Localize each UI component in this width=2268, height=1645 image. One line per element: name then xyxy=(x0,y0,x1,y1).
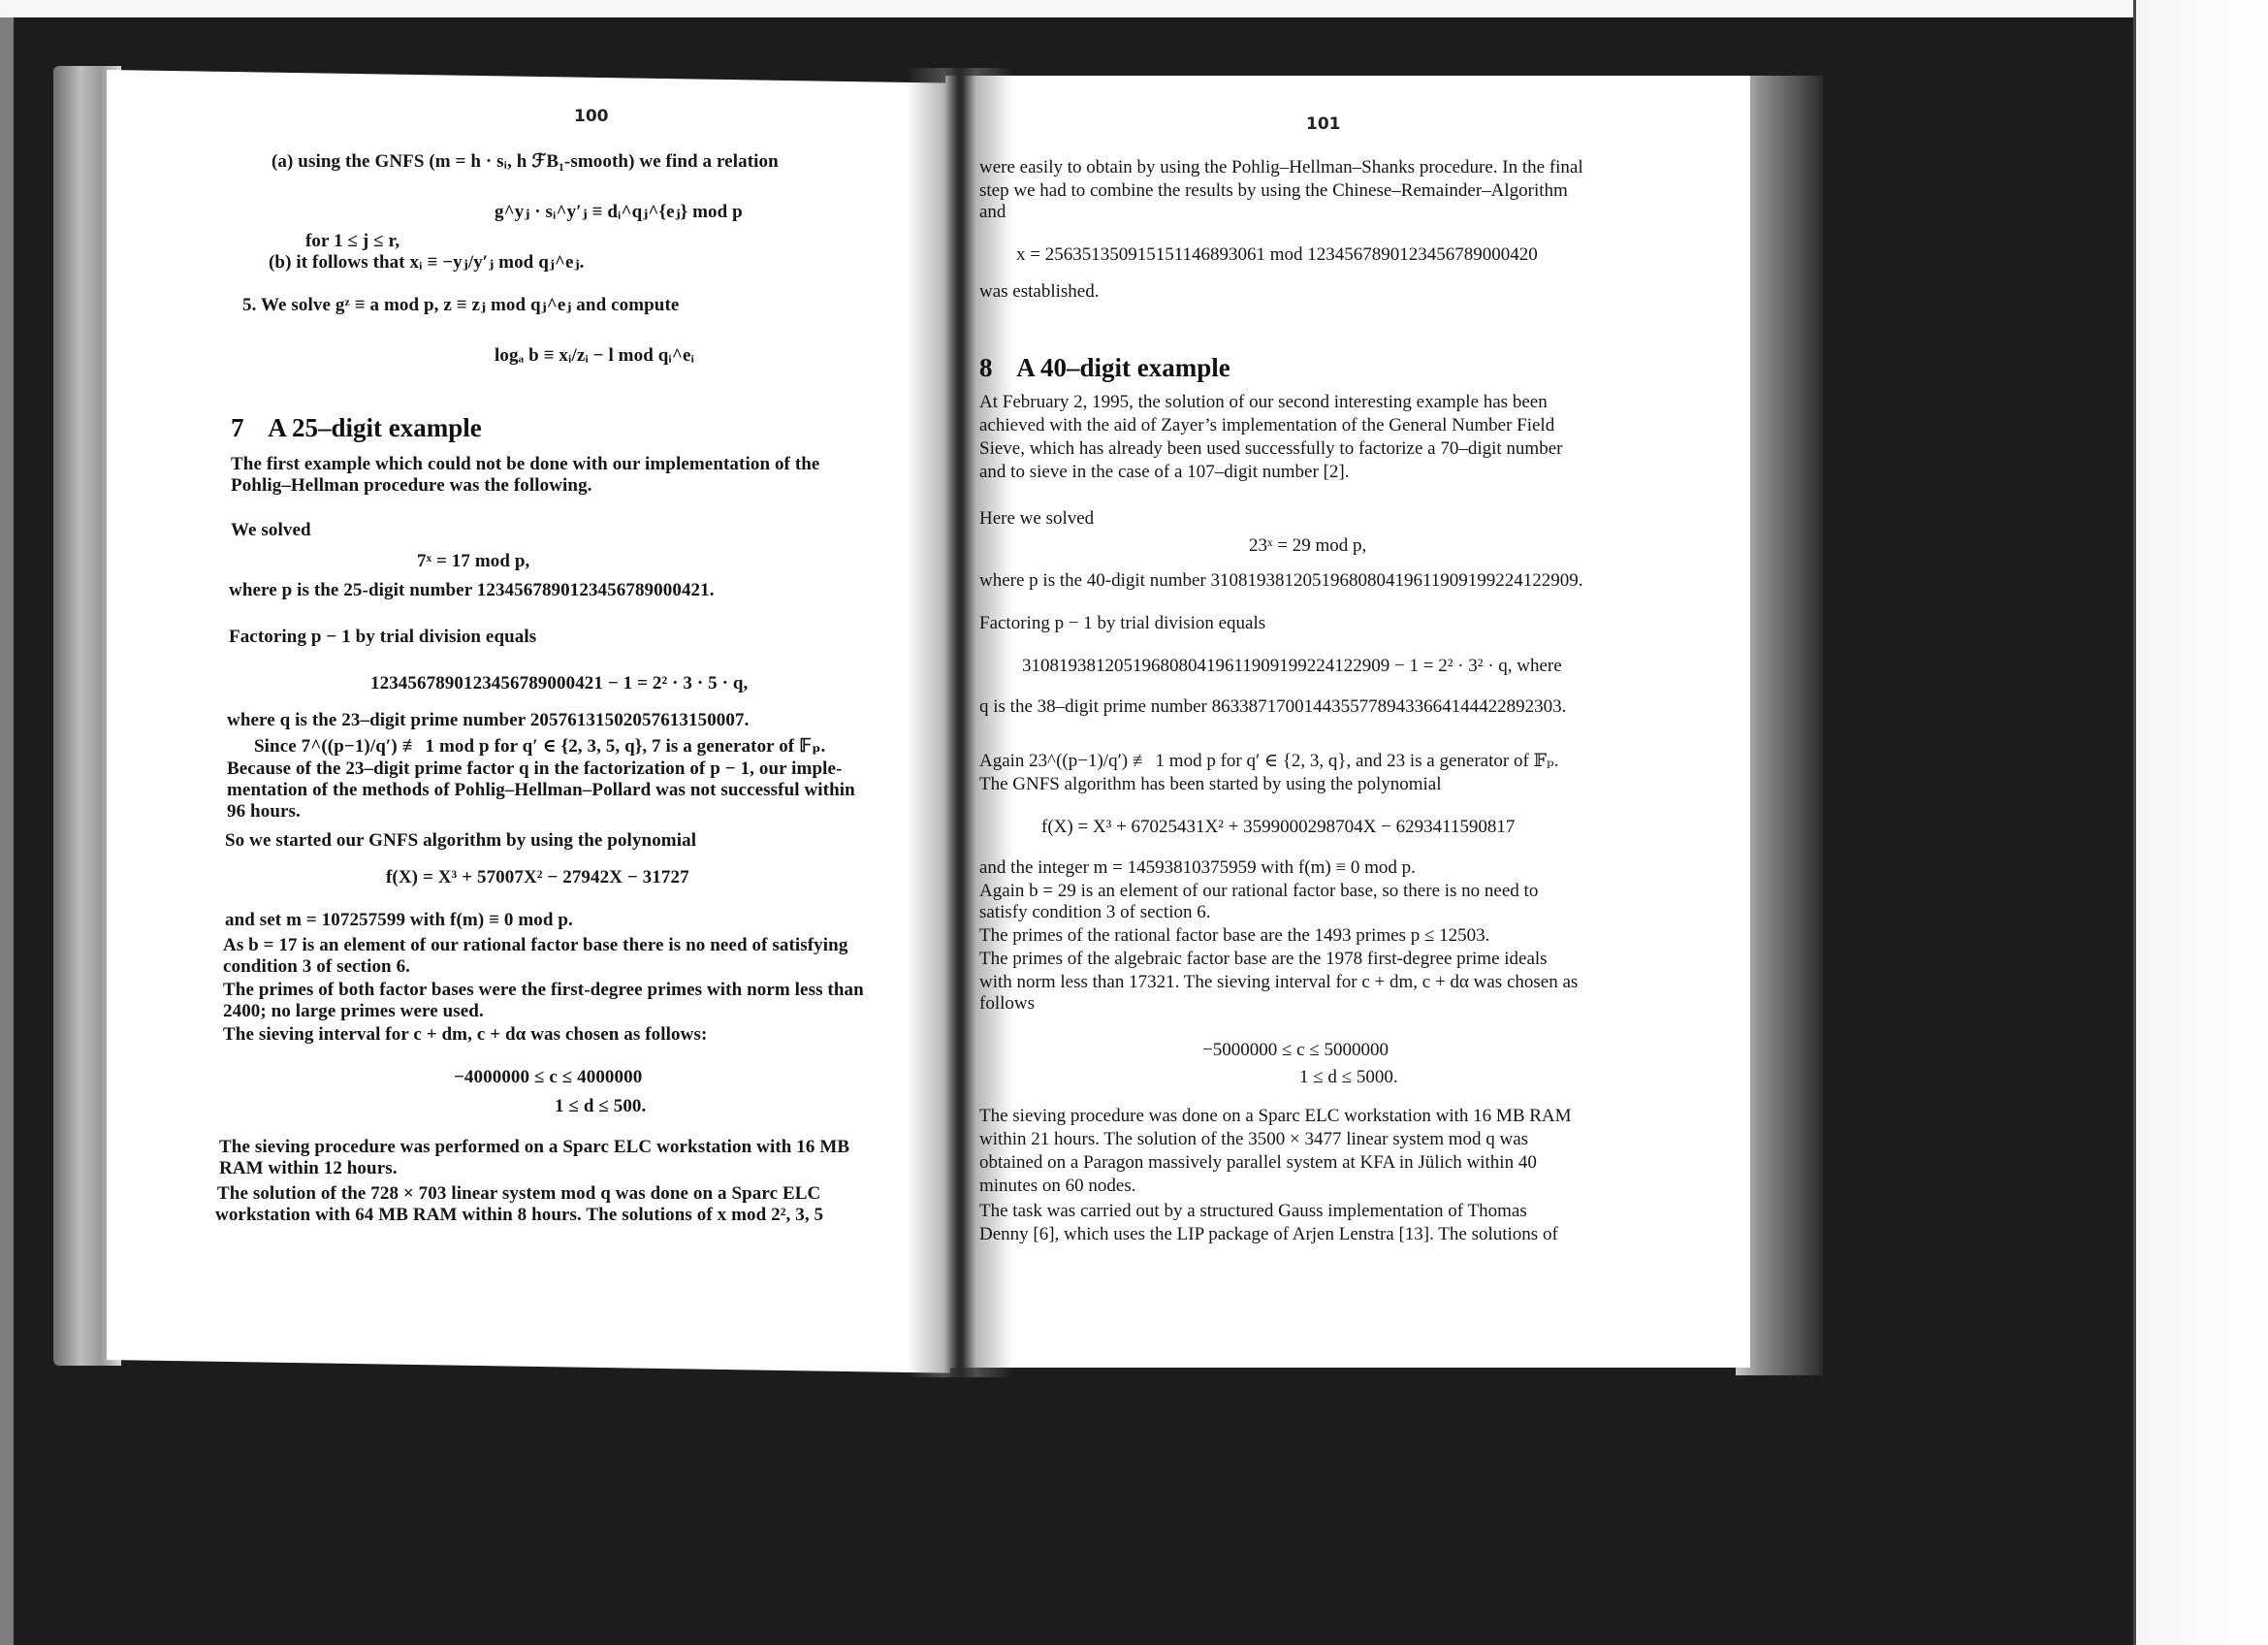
text-line: Factoring p − 1 by trial division equals xyxy=(229,627,536,648)
section-title: A 25–digit example xyxy=(268,413,482,442)
text-line: were easily to obtain by using the Pohli… xyxy=(979,157,1583,178)
text-line: The primes of the algebraic factor base … xyxy=(979,949,1548,970)
text-line: mentation of the methods of Pohlig–Hellm… xyxy=(227,780,855,801)
text-line: So we started our GNFS algorithm by usin… xyxy=(225,830,696,852)
text-line: f(X) = X³ + 67025431X² + 3599000298704X … xyxy=(1041,817,1515,838)
right-page xyxy=(945,76,1750,1368)
text-line: 96 hours. xyxy=(227,801,301,822)
text-line: q is the 38–digit prime number 863387170… xyxy=(979,696,1566,718)
text-line: (a) using the GNFS (m = h · sᵢ, h ℱB₁-sm… xyxy=(272,151,779,173)
section-number: 7 xyxy=(231,413,244,442)
text-line: At February 2, 1995, the solution of our… xyxy=(979,392,1548,413)
right-page-number: 101 xyxy=(1306,114,1341,134)
text-line: condition 3 of section 6. xyxy=(223,956,410,978)
text-line: The GNFS algorithm has been started by u… xyxy=(979,774,1442,795)
scan-right-margin xyxy=(2133,0,2268,1645)
section-number: 8 xyxy=(979,353,993,382)
section-title: A 40–digit example xyxy=(1016,353,1230,382)
text-line: Because of the 23–digit prime factor q i… xyxy=(227,758,843,780)
text-line: 2400; no large primes were used. xyxy=(223,1001,484,1022)
text-line: logₐ b ≡ xᵢ/zᵢ − l mod qᵢ^eᵢ xyxy=(495,345,694,367)
text-line: Denny [6], which uses the LIP package of… xyxy=(979,1224,1558,1245)
text-line: g^yⱼ · sᵢ^y′ⱼ ≡ dᵢ^qⱼ^{eⱼ} mod p xyxy=(495,202,743,223)
text-line: The primes of the rational factor base a… xyxy=(979,925,1489,947)
text-line: for 1 ≤ j ≤ r, xyxy=(305,231,399,252)
text-line: The solution of the 728 × 703 linear sys… xyxy=(217,1183,820,1205)
text-line: 3108193812051968080419611909199224122909… xyxy=(1022,656,1562,677)
text-line: and the integer m = 14593810375959 with … xyxy=(979,857,1416,879)
text-line: and xyxy=(979,202,1006,223)
text-line: The sieving interval for c + dm, c + dα … xyxy=(223,1024,707,1046)
text-line: 5. We solve gᶻ ≡ a mod p, z ≡ zⱼ mod qⱼ^… xyxy=(242,295,679,316)
section-8-heading: 8 A 40–digit example xyxy=(979,353,1230,383)
text-line: As b = 17 is an element of our rational … xyxy=(223,935,847,956)
text-line: Sieve, which has already been used succe… xyxy=(979,438,1562,460)
text-line: Pohlig–Hellman procedure was the followi… xyxy=(231,475,592,497)
text-line: The primes of both factor bases were the… xyxy=(223,980,864,1001)
text-line: f(X) = X³ + 57007X² − 27942X − 31727 xyxy=(386,867,689,888)
text-line: was established. xyxy=(979,281,1099,303)
text-line: Factoring p − 1 by trial division equals xyxy=(979,613,1265,634)
text-line: follows xyxy=(979,993,1035,1015)
text-line: x = 256351350915151146893061 mod 1234567… xyxy=(1016,244,1538,266)
text-line: 1 ≤ d ≤ 5000. xyxy=(1299,1067,1398,1088)
text-line: 1234567890123456789000421 − 1 = 2² · 3 ·… xyxy=(370,673,748,694)
left-page-number: 100 xyxy=(574,107,609,126)
text-line: step we had to combine the results by us… xyxy=(979,180,1568,202)
text-line: The sieving procedure was performed on a… xyxy=(219,1137,849,1158)
text-line: and set m = 107257599 with f(m) ≡ 0 mod … xyxy=(225,910,573,931)
text-line: with norm less than 17321. The sieving i… xyxy=(979,972,1578,993)
text-line: minutes on 60 nodes. xyxy=(979,1176,1136,1197)
text-line: −5000000 ≤ c ≤ 5000000 xyxy=(1202,1040,1389,1061)
text-line: workstation with 64 MB RAM within 8 hour… xyxy=(215,1205,823,1226)
text-line: satisfy condition 3 of section 6. xyxy=(979,902,1211,923)
text-line: The sieving procedure was done on a Spar… xyxy=(979,1106,1572,1127)
text-line: −4000000 ≤ c ≤ 4000000 xyxy=(454,1067,642,1088)
text-line: The first example which could not be don… xyxy=(231,454,819,475)
text-line: Again 23^((p−1)/q′) ≢ 1 mod p for q′ ∈ {… xyxy=(979,751,1558,772)
text-line: 7ˣ = 17 mod p, xyxy=(417,551,529,572)
text-line: We solved xyxy=(231,520,311,541)
text-line: 1 ≤ d ≤ 500. xyxy=(555,1096,646,1117)
text-line: within 21 hours. The solution of the 350… xyxy=(979,1129,1528,1150)
text-line: where p is the 25-digit number 123456789… xyxy=(229,580,715,601)
text-line: and to sieve in the case of a 107–digit … xyxy=(979,462,1349,483)
text-line: 23ˣ = 29 mod p, xyxy=(1249,535,1366,557)
text-line: (b) it follows that xᵢ ≡ −yⱼ/y′ⱼ mod qⱼ^… xyxy=(269,252,585,274)
text-line: Since 7^((p−1)/q′) ≢ 1 mod p for q′ ∈ {2… xyxy=(254,736,825,758)
text-line: where p is the 40-digit number 310819381… xyxy=(979,570,1583,592)
text-line: where q is the 23–digit prime number 205… xyxy=(227,710,749,731)
text-line: Again b = 29 is an element of our ration… xyxy=(979,881,1538,902)
section-7-heading: 7 A 25–digit example xyxy=(231,413,482,443)
text-line: achieved with the aid of Zayer’s impleme… xyxy=(979,415,1554,436)
text-line: The task was carried out by a structured… xyxy=(979,1201,1527,1222)
text-line: RAM within 12 hours. xyxy=(219,1158,398,1179)
text-line: Here we solved xyxy=(979,508,1094,530)
text-line: obtained on a Paragon massively parallel… xyxy=(979,1152,1537,1174)
